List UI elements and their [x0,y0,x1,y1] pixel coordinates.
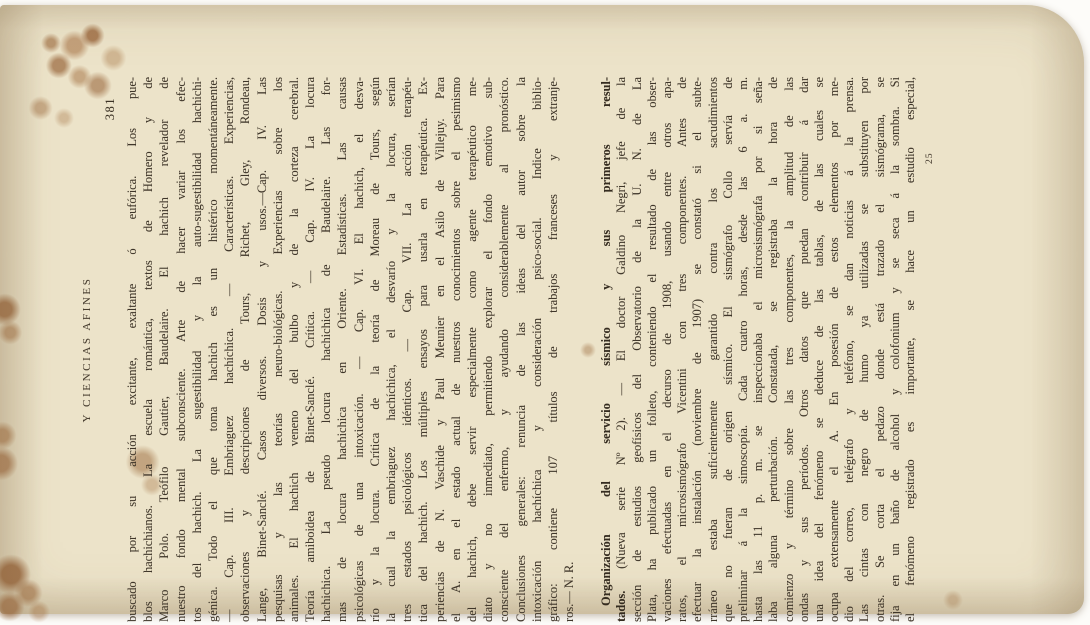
text-line: Teoría amiboidea de Binet-Sanclé. Crític… [302,77,318,622]
text-line: observaciones y descripciones de Tours, … [237,77,253,622]
text-line: dio del correo, telégrafo y teléfono, se… [842,77,857,622]
text-line: la cual la embriaguez hachíchica, el des… [383,77,399,622]
text-line: Plata, ha publicado un folleto, contenie… [645,77,660,622]
scanned-book-page: Y CIENCIAS AFINES 381 buscado por su acc… [0,0,1090,625]
text-line: el fenómeno registrado es importante, se… [903,77,918,622]
text-line: vaciones efectuadas en el decurso de 190… [660,77,675,622]
text-line: laba alguna perturbación. Constatada, se… [766,77,781,622]
text-line: blos hachichianos. La escuela romántica,… [140,77,156,622]
text-line: animales. El hachich veneno del bulbo y … [286,77,302,622]
text-line: efectuar la instalación (noviembre de 19… [690,77,705,622]
text-line: hachichica. La pseudo locura hachichica … [318,77,334,622]
text-line: río y la locura. Crítica de la teoría de… [367,77,383,622]
text-line: otras. Se corta el pedazo donde está tra… [873,77,888,622]
text-line: periencias de N. Vaschide y Paul Meunier… [432,77,448,622]
text-line: génica. Todo el que toma hachich es un h… [205,77,221,622]
signature-mark: 25 [925,153,935,165]
text-line: ocupa extensamente el A. En posesión de … [827,77,842,622]
text-line: rráneo estaba suficientemente garantido … [706,77,721,622]
text-line: Organización del servicio sísmico y sus … [599,77,614,622]
running-title: Y CIENCIAS AFINES [81,77,93,622]
text-line: comienzo y término sobre las tres compon… [782,77,797,622]
text-line: Conclusiones generales: renuncia de las … [513,77,529,622]
text-line: preliminar á la simoscopía. Cada cuatro … [736,77,751,622]
text-line: ratos, el microsismógrafo Vicentini con … [675,77,690,622]
text-line: que no fueran de origen sísmico. El sism… [721,77,736,622]
text-line: una idea del fenómeno se deduce de las t… [812,77,827,622]
text-line: diato y no inmediato, permitiendo explor… [480,77,496,622]
text-line: mas de locura hachichica en Oriente. Est… [334,77,350,622]
text-line: Las cintas con negro de humo ya utilizad… [857,77,872,622]
text-line: ros.— N. R. [561,77,577,622]
text-line: del hachich, debe servir especialmente c… [464,77,480,622]
text-line: el A. en el estado actual de nuestros co… [448,77,464,622]
page-number: 381 [103,97,118,120]
page-header: Y CIENCIAS AFINES 381 [80,77,124,622]
text-line: pesquisas y las teorías neuro-biológicas… [270,77,286,622]
text-line: tica del hachich. Los múltiples ensayos … [415,77,431,622]
text-line: Lange, Binet-Sanclé. Casos diversos. Dos… [254,77,270,622]
text-line: ondas y sus períodos. Otros datos que pu… [797,77,812,622]
text-line: tos del hachich. La sugestibilidad y la … [189,77,205,622]
text-line: tres estados psicológicos idénticos. — C… [399,77,415,622]
text-line: buscado por su acción excitante, exaltan… [124,77,140,622]
text-line: Marco Polo. Teófilo Gautier, Baudelaire.… [156,77,172,622]
text-line: sección de estudios geofísicos del Obser… [630,77,645,622]
text-line: hasta las 11 p. m. se inspeccionaba el m… [751,77,766,622]
text-line: gráfico: contiene 107 títulos de trabajo… [545,77,561,622]
text-line: fija en un baño de alcohol y colofonium … [888,77,903,622]
text-line: — Cap. III. Embriaguez hachíchica. — Car… [221,77,237,622]
text-line: tados. (Nueva serie Nº 2). — El doctor G… [614,77,629,622]
bibliography-entry-1: buscado por su acción excitante, exaltan… [124,77,577,622]
text-line: psicológicas de una intoxicación. — Cap.… [351,77,367,622]
bibliography-entry-2: Organización del servicio sísmico y sus … [599,77,918,622]
rotated-text-block: Y CIENCIAS AFINES 381 buscado por su acc… [80,77,955,622]
text-line: nuestro fondo mental subconsciente. Arte… [173,77,189,622]
text-line: intoxicación hachíchica y consideración … [529,77,545,622]
text-line: consciente del enfermo, y ayudando consi… [496,77,512,622]
